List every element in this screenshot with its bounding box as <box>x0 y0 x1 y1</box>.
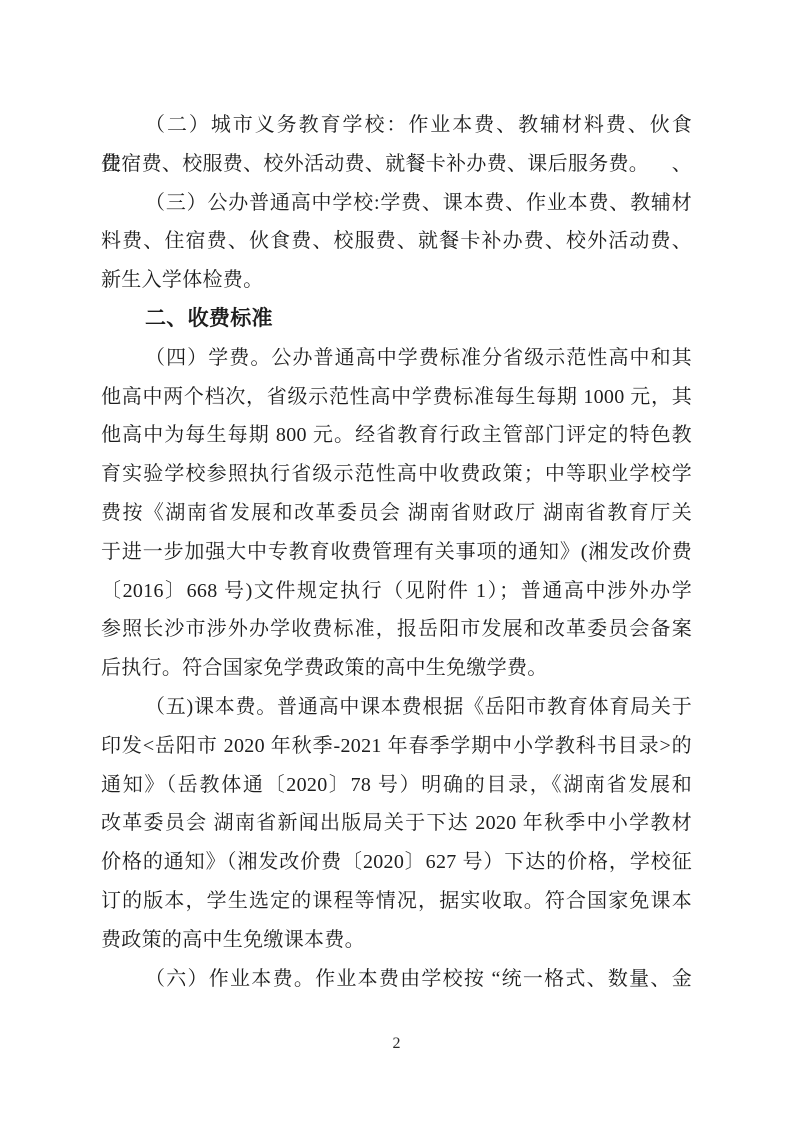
text-line: （三）公办普通高中学校:学费、课本费、作业本费、教辅材 <box>101 184 692 223</box>
text-line: 他高中两个档次，省级示范性高中学费标准每生每期 1000 元，其 <box>101 378 692 417</box>
document-page: （二）城市义务教育学校：作业本费、教辅材料费、伙食费、住宿费、校服费、校外活动费… <box>0 0 793 1122</box>
text-line: （五)课本费。普通高中课本费根据《岳阳市教育体育局关于 <box>101 688 692 727</box>
text-line: 通知》（岳教体通〔2020〕78 号）明确的目录，《湖南省发展和 <box>101 766 692 805</box>
text-line: 他高中为每生每期 800 元。经省教育行政主管部门评定的特色教 <box>101 416 692 455</box>
text-line: （四）学费。公办普通高中学费标准分省级示范性高中和其 <box>101 339 692 378</box>
section-heading: 二、收费标准 <box>101 300 692 339</box>
document-body: （二）城市义务教育学校：作业本费、教辅材料费、伙食费、住宿费、校服费、校外活动费… <box>101 106 692 998</box>
text-line: 印发<岳阳市 2020 年秋季-2021 年春季学期中小学教科书目录>的 <box>101 727 692 766</box>
text-line: （六）作业本费。作业本费由学校按 “统一格式、数量、金 <box>101 960 692 999</box>
text-line: 价格的通知》（湘发改价费〔2020〕627 号）下达的价格，学校征 <box>101 843 692 882</box>
text-line: 〔2016〕668 号)文件规定执行（见附件 1）；普通高中涉外办学 <box>101 572 692 611</box>
text-line: 费政策的高中生免缴课本费。 <box>101 921 692 960</box>
text-line: 新生入学体检费。 <box>101 261 692 300</box>
text-line: 费按《湖南省发展和改革委员会 湖南省财政厅 湖南省教育厅关 <box>101 494 692 533</box>
text-line: 订的版本，学生选定的课程等情况，据实收取。符合国家免课本 <box>101 882 692 921</box>
text-line: （二）城市义务教育学校：作业本费、教辅材料费、伙食费、 <box>101 106 692 145</box>
text-line: 参照长沙市涉外办学收费标准，报岳阳市发展和改革委员会备案 <box>101 610 692 649</box>
text-line: 住宿费、校服费、校外活动费、就餐卡补办费、课后服务费。 <box>101 145 692 184</box>
text-line: 料费、住宿费、伙食费、校服费、就餐卡补办费、校外活动费、 <box>101 222 692 261</box>
page-number: 2 <box>0 1035 793 1053</box>
text-line: 改革委员会 湖南省新闻出版局关于下达 2020 年秋季中小学教材 <box>101 804 692 843</box>
text-line: 育实验学校参照执行省级示范性高中收费政策；中等职业学校学 <box>101 455 692 494</box>
text-line: 后执行。符合国家免学费政策的高中生免缴学费。 <box>101 649 692 688</box>
text-line: 于进一步加强大中专教育收费管理有关事项的通知》(湘发改价费 <box>101 533 692 572</box>
